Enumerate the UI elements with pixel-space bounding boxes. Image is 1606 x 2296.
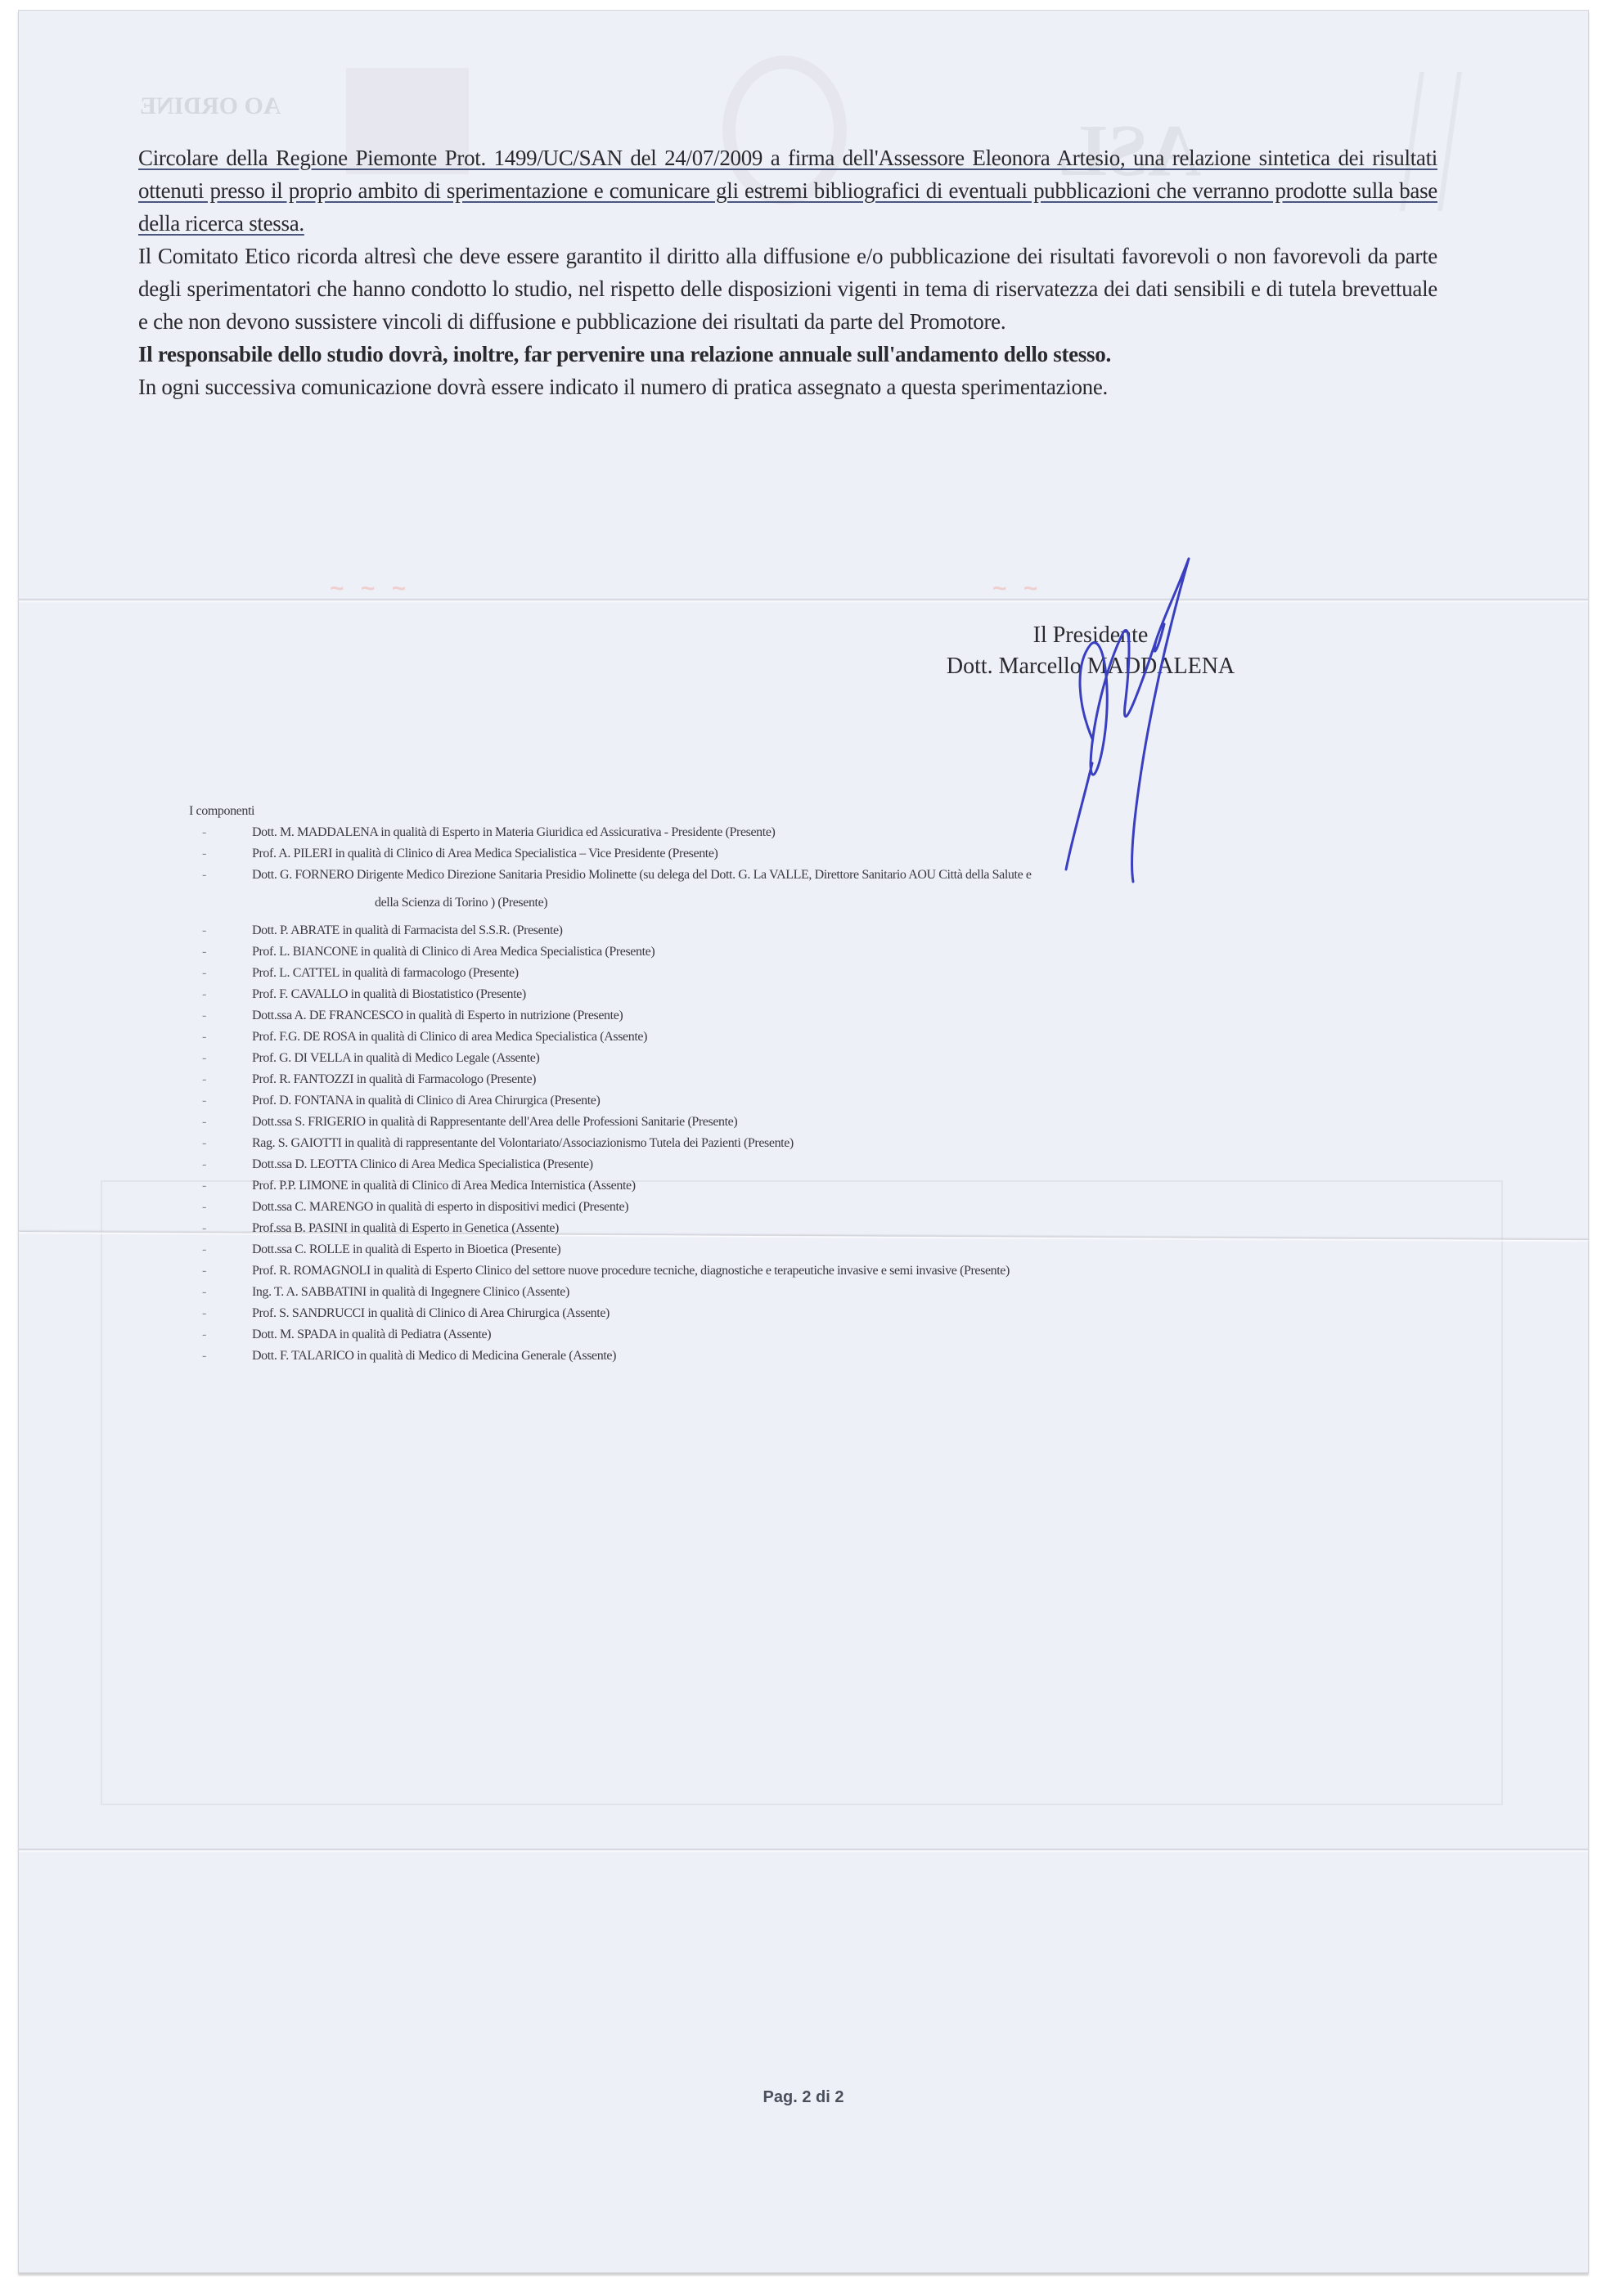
ghost-stamp: ~ ~ (992, 575, 1042, 603)
member-text: Ing. T. A. SABBATINI in qualità di Ingeg… (252, 1285, 569, 1299)
ghost-header-text: AO ORDINE (140, 92, 281, 120)
member-item: -Dott. M. SPADA in qualità di Pediatra (… (189, 1324, 1032, 1346)
member-text: Dott. M. SPADA in qualità di Pediatra (A… (252, 1328, 491, 1341)
member-text: Dott. G. FORNERO Dirigente Medico Direzi… (252, 868, 1032, 882)
member-text: Dott.ssa C. MARENGO in qualità di espert… (252, 1200, 628, 1214)
bullet-icon: - (202, 1218, 206, 1239)
member-text: Prof.ssa B. PASINI in qualità di Esperto… (252, 1221, 559, 1235)
member-text: Prof. R. FANTOZZI in qualità di Farmacol… (252, 1072, 536, 1086)
member-text: Prof. F.G. DE ROSA in qualità di Clinico… (252, 1030, 647, 1044)
member-text: Prof. R. ROMAGNOLI in qualità di Esperto… (252, 1264, 1010, 1278)
paper-crease (19, 1848, 1588, 1853)
signature-block: Il Presidente Dott. Marcello MADDALENA (870, 620, 1311, 682)
member-item: -Prof. L. CATTEL in qualità di farmacolo… (189, 963, 1032, 984)
bullet-icon: - (202, 1112, 206, 1133)
member-text: Dott.ssa S. FRIGERIO in qualità di Rappr… (252, 1115, 737, 1129)
member-item: -Prof. F. CAVALLO in qualità di Biostati… (189, 984, 1032, 1005)
member-text: Prof. D. FONTANA in qualità di Clinico d… (252, 1094, 600, 1108)
member-item: -Rag. S. GAIOTTI in qualità di rappresen… (189, 1133, 1032, 1154)
committee-members: I componenti -Dott. M. MADDALENA in qual… (189, 801, 1032, 1367)
signatory-role: Il Presidente (870, 620, 1311, 651)
bullet-icon: - (202, 941, 206, 963)
practice-number-paragraph: In ogni successiva comunicazione dovrà e… (138, 371, 1437, 403)
member-item: -Prof. F.G. DE ROSA in qualità di Clinic… (189, 1027, 1032, 1048)
bullet-icon: - (202, 1048, 206, 1069)
member-text: Dott.ssa C. ROLLE in qualità di Esperto … (252, 1242, 560, 1256)
member-text: Dott.ssa D. LEOTTA Clinico di Area Medic… (252, 1157, 593, 1171)
member-item: -Dott. M. MADDALENA in qualità di Espert… (189, 822, 1032, 843)
member-item: -Prof.ssa B. PASINI in qualità di Espert… (189, 1218, 1032, 1239)
member-item: -Dott.ssa A. DE FRANCESCO in qualità di … (189, 1005, 1032, 1027)
member-text: Prof. L. CATTEL in qualità di farmacolog… (252, 966, 519, 980)
member-item: -Dott. F. TALARICO in qualità di Medico … (189, 1346, 1032, 1367)
bullet-icon: - (202, 865, 206, 886)
annual-report-paragraph: Il responsabile dello studio dovrà, inol… (138, 338, 1437, 371)
member-item: -Dott.ssa C. ROLLE in qualità di Esperto… (189, 1239, 1032, 1260)
handwritten-signature-icon (1033, 542, 1230, 886)
member-text: Prof. P.P. LIMONE in qualità di Clinico … (252, 1179, 636, 1193)
bullet-icon: - (202, 1282, 206, 1303)
bullet-icon: - (202, 1090, 206, 1112)
bullet-icon: - (202, 1133, 206, 1154)
bullet-icon: - (202, 843, 206, 865)
bullet-icon: - (202, 1303, 206, 1324)
members-list: -Dott. M. MADDALENA in qualità di Espert… (189, 822, 1032, 1367)
member-item: -Dott.ssa D. LEOTTA Clinico di Area Medi… (189, 1154, 1032, 1175)
member-text: Prof. G. DI VELLA in qualità di Medico L… (252, 1051, 539, 1065)
member-item: -Prof. A. PILERI in qualità di Clinico d… (189, 843, 1032, 865)
member-text: Dott.ssa A. DE FRANCESCO in qualità di E… (252, 1009, 623, 1022)
bullet-icon: - (202, 1197, 206, 1218)
paper-crease (19, 598, 1588, 603)
ghost-stamp: ~ ~ ~ (330, 575, 411, 603)
member-item: -Prof. G. DI VELLA in qualità di Medico … (189, 1048, 1032, 1069)
member-text: Rag. S. GAIOTTI in qualità di rappresent… (252, 1136, 794, 1150)
bullet-icon: - (202, 1346, 206, 1367)
circular-reference-paragraph: Circolare della Regione Piemonte Prot. 1… (138, 142, 1437, 240)
bullet-icon: - (202, 963, 206, 984)
member-item: -Prof. R. ROMAGNOLI in qualità di Espert… (189, 1260, 1032, 1282)
document-page: AO ORDINE ASL ~ ~ ~ ~ ~ Circolare della … (18, 10, 1589, 2273)
member-item: -Prof. R. FANTOZZI in qualità di Farmaco… (189, 1069, 1032, 1090)
member-text: Prof. L. BIANCONE in qualità di Clinico … (252, 945, 655, 959)
bullet-icon: - (202, 1175, 206, 1197)
member-item: -Ing. T. A. SABBATINI in qualità di Inge… (189, 1282, 1032, 1303)
members-heading: I componenti (189, 801, 1032, 822)
member-item-continuation: della Scienza di Torino ) (Presente) (189, 892, 1032, 914)
member-text: Dott. P. ABRATE in qualità di Farmacista… (252, 923, 563, 937)
bullet-icon: - (202, 1154, 206, 1175)
member-item: -Prof. D. FONTANA in qualità di Clinico … (189, 1090, 1032, 1112)
member-text: Dott. M. MADDALENA in qualità di Esperto… (252, 825, 775, 839)
member-item: -Prof. S. SANDRUCCI in qualità di Clinic… (189, 1303, 1032, 1324)
ethics-committee-paragraph: Il Comitato Etico ricorda altresì che de… (138, 240, 1437, 338)
bullet-icon: - (202, 984, 206, 1005)
bullet-icon: - (202, 1324, 206, 1346)
bullet-icon: - (202, 920, 206, 941)
bullet-icon: - (202, 1069, 206, 1090)
member-item: -Dott. G. FORNERO Dirigente Medico Direz… (189, 865, 1032, 886)
member-item: -Prof. L. BIANCONE in qualità di Clinico… (189, 941, 1032, 963)
member-text: Prof. A. PILERI in qualità di Clinico di… (252, 847, 718, 860)
member-item: -Prof. P.P. LIMONE in qualità di Clinico… (189, 1175, 1032, 1197)
member-text: Prof. S. SANDRUCCI in qualità di Clinico… (252, 1306, 610, 1320)
bullet-icon: - (202, 822, 206, 843)
bullet-icon: - (202, 1005, 206, 1027)
bullet-icon: - (202, 1260, 206, 1282)
member-item: -Dott. P. ABRATE in qualità di Farmacist… (189, 920, 1032, 941)
signatory-name: Dott. Marcello MADDALENA (870, 651, 1311, 682)
bullet-icon: - (202, 1027, 206, 1048)
member-text: Dott. F. TALARICO in qualità di Medico d… (252, 1349, 616, 1363)
member-item: -Dott.ssa S. FRIGERIO in qualità di Rapp… (189, 1112, 1032, 1133)
page-number: Pag. 2 di 2 (19, 2088, 1588, 2107)
bullet-icon: - (202, 1239, 206, 1260)
member-text: Prof. F. CAVALLO in qualità di Biostatis… (252, 987, 526, 1001)
member-item: -Dott.ssa C. MARENGO in qualità di esper… (189, 1197, 1032, 1218)
document-body: Circolare della Regione Piemonte Prot. 1… (138, 142, 1437, 403)
